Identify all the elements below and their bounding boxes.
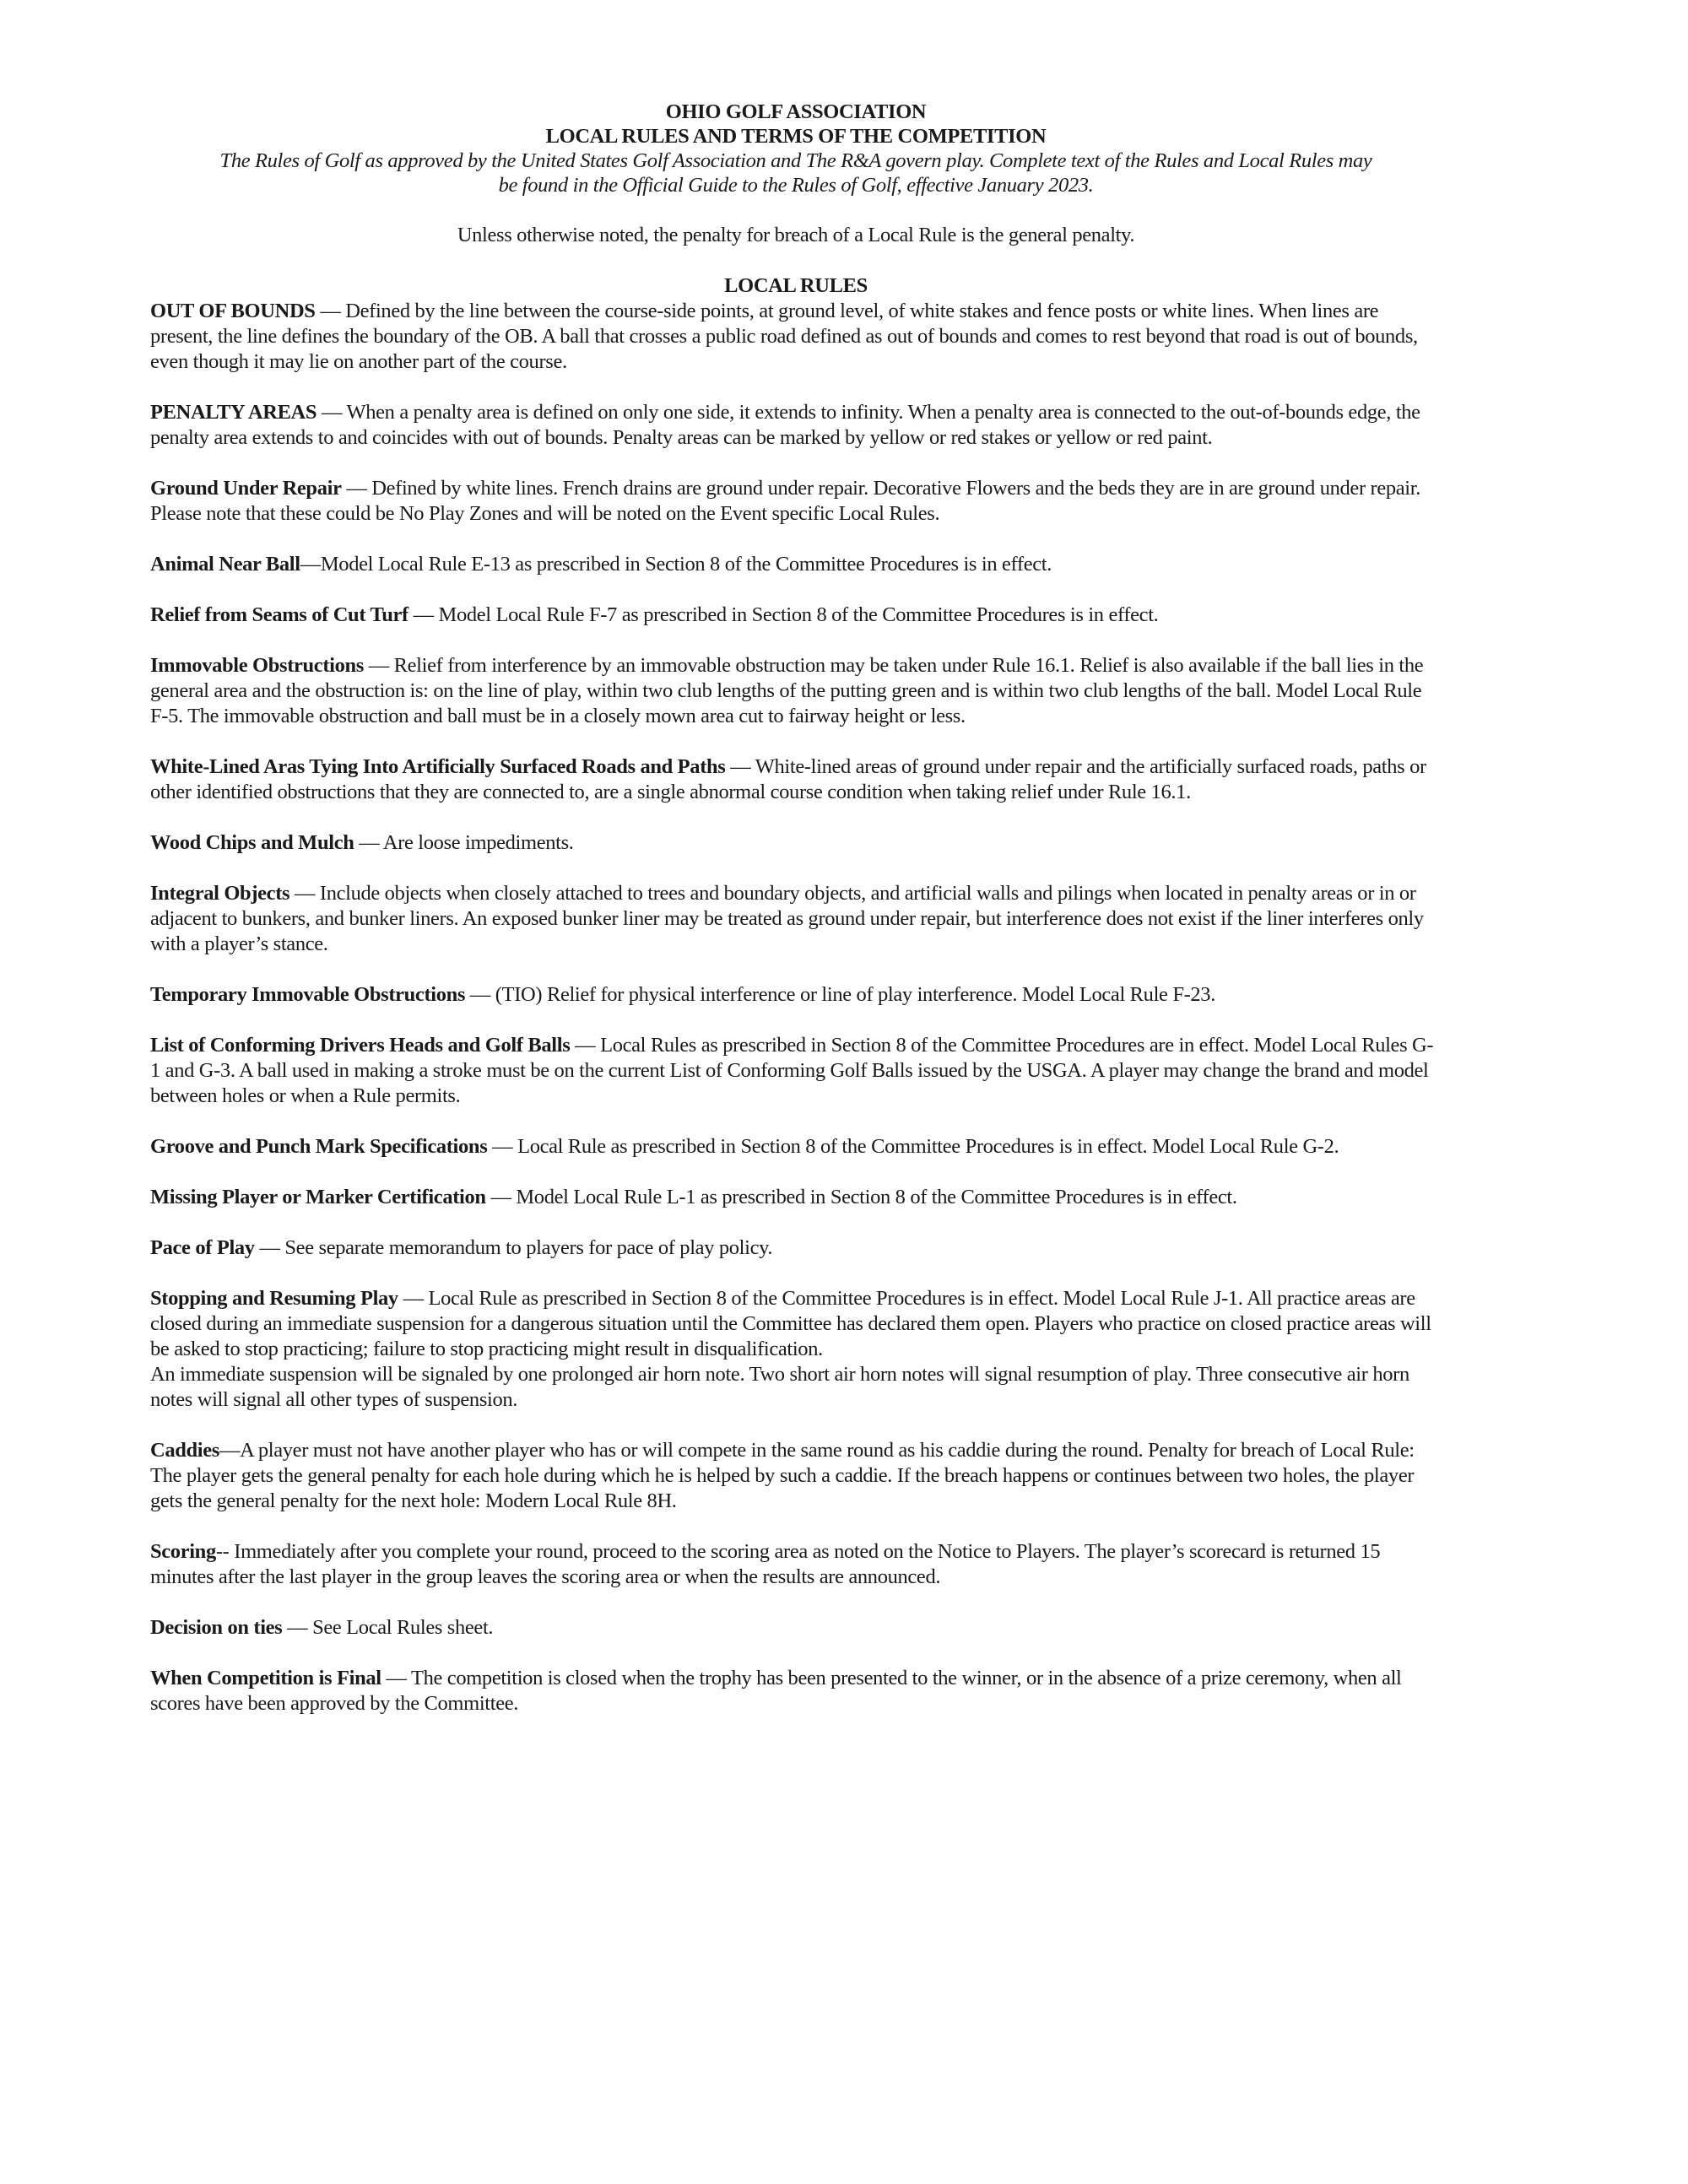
rule-name: White-Lined Aras Tying Into Artificially…: [150, 755, 725, 778]
rule-name: Groove and Punch Mark Specifications: [150, 1135, 487, 1158]
rule-stopping-resuming-play: Stopping and Resuming Play — Local Rule …: [150, 1286, 1442, 1413]
rule-integral-objects: Integral Objects — Include objects when …: [150, 881, 1442, 957]
rule-decision-on-ties: Decision on ties — See Local Rules sheet…: [150, 1615, 1442, 1641]
rule-name: When Competition is Final: [150, 1667, 381, 1689]
rule-separator: --: [216, 1540, 234, 1563]
rule-text: (TIO) Relief for physical interference o…: [495, 983, 1215, 1006]
rule-scoring: Scoring-- Immediately after you complete…: [150, 1539, 1442, 1590]
rule-text: Immediately after you complete your roun…: [150, 1540, 1380, 1588]
rule-name: Scoring: [150, 1540, 216, 1563]
rule-pace-of-play: Pace of Play — See separate memorandum t…: [150, 1235, 1442, 1261]
rule-text: Are loose impediments.: [383, 831, 574, 854]
rule-separator: —: [381, 1667, 411, 1689]
rule-text: Model Local Rule L-1 as prescribed in Se…: [516, 1186, 1236, 1208]
rule-name: OUT OF BOUNDS: [150, 300, 316, 322]
rule-name: List of Conforming Drivers Heads and Gol…: [150, 1034, 570, 1057]
rule-separator: —: [282, 1616, 312, 1639]
rule-text-continued: An immediate suspension will be signaled…: [150, 1362, 1442, 1413]
rule-separator: —: [300, 553, 321, 576]
rule-separator: —: [289, 882, 320, 905]
rule-out-of-bounds: OUT OF BOUNDS — Defined by the line betw…: [150, 299, 1442, 375]
general-penalty-note: Unless otherwise noted, the penalty for …: [150, 223, 1442, 248]
rule-separator: —: [486, 1186, 517, 1208]
rule-missing-player-certification: Missing Player or Marker Certification —…: [150, 1185, 1442, 1210]
rule-text: Local Rule as prescribed in Section 8 of…: [517, 1135, 1339, 1158]
rule-name: Immovable Obstructions: [150, 654, 364, 677]
rule-name: Temporary Immovable Obstructions: [150, 983, 465, 1006]
document-page: OHIO GOLF ASSOCIATION LOCAL RULES AND TE…: [150, 100, 1442, 1742]
rule-name: Integral Objects: [150, 882, 289, 905]
rule-separator: —: [255, 1236, 285, 1259]
intro-paragraph: The Rules of Golf as approved by the Uni…: [150, 149, 1442, 197]
rule-separator: —: [570, 1034, 600, 1057]
rule-separator: —: [725, 755, 755, 778]
rule-competition-final: When Competition is Final — The competit…: [150, 1666, 1442, 1716]
rule-seams-of-cut-turf: Relief from Seams of Cut Turf — Model Lo…: [150, 603, 1442, 628]
rule-separator: —: [398, 1287, 429, 1310]
document-title-org: OHIO GOLF ASSOCIATION: [150, 100, 1442, 124]
rule-separator: —: [342, 477, 372, 500]
rule-separator: —: [364, 654, 394, 677]
rule-name: Pace of Play: [150, 1236, 255, 1259]
rule-name: Relief from Seams of Cut Turf: [150, 603, 408, 626]
local-rules-heading: LOCAL RULES: [150, 273, 1442, 299]
rule-name: Ground Under Repair: [150, 477, 342, 500]
rule-text: See Local Rules sheet.: [312, 1616, 493, 1639]
intro-line-2: be found in the Official Guide to the Ru…: [150, 173, 1442, 197]
rule-name: Caddies: [150, 1439, 219, 1462]
rule-text: See separate memorandum to players for p…: [284, 1236, 772, 1259]
rule-separator: —: [465, 983, 495, 1006]
rule-conforming-drivers-balls: List of Conforming Drivers Heads and Gol…: [150, 1033, 1442, 1109]
rule-temporary-immovable-obstructions: Temporary Immovable Obstructions — (TIO)…: [150, 982, 1442, 1008]
rule-name: Wood Chips and Mulch: [150, 831, 354, 854]
rule-ground-under-repair: Ground Under Repair — Defined by white l…: [150, 476, 1442, 527]
rule-text: Model Local Rule E-13 as prescribed in S…: [321, 553, 1052, 576]
rule-separator: —: [316, 300, 346, 322]
document-title: LOCAL RULES AND TERMS OF THE COMPETITION: [150, 124, 1442, 149]
rule-name: Animal Near Ball: [150, 553, 300, 576]
rule-separator: —: [316, 401, 346, 424]
rule-name: Missing Player or Marker Certification: [150, 1186, 486, 1208]
rule-separator: —: [354, 831, 383, 854]
rule-separator: —: [487, 1135, 517, 1158]
rule-name: Decision on ties: [150, 1616, 282, 1639]
intro-line-1: The Rules of Golf as approved by the Uni…: [150, 149, 1442, 173]
rule-penalty-areas: PENALTY AREAS — When a penalty area is d…: [150, 400, 1442, 451]
rule-animal-near-ball: Animal Near Ball—Model Local Rule E-13 a…: [150, 552, 1442, 577]
rules-list: OUT OF BOUNDS — Defined by the line betw…: [150, 299, 1442, 1716]
rule-text: Include objects when closely attached to…: [150, 882, 1424, 955]
rule-separator: —: [408, 603, 439, 626]
rule-name: Stopping and Resuming Play: [150, 1287, 398, 1310]
rule-groove-punch-mark: Groove and Punch Mark Specifications — L…: [150, 1134, 1442, 1160]
rule-text: Model Local Rule F-7 as prescribed in Se…: [439, 603, 1159, 626]
rule-name: PENALTY AREAS: [150, 401, 316, 424]
rule-caddies: Caddies—A player must not have another p…: [150, 1438, 1442, 1514]
rule-white-lined-areas: White-Lined Aras Tying Into Artificially…: [150, 754, 1442, 805]
rule-text: A player must not have another player wh…: [150, 1439, 1415, 1512]
rule-wood-chips-mulch: Wood Chips and Mulch — Are loose impedim…: [150, 830, 1442, 856]
rule-separator: —: [219, 1439, 240, 1462]
rule-immovable-obstructions: Immovable Obstructions — Relief from int…: [150, 653, 1442, 729]
